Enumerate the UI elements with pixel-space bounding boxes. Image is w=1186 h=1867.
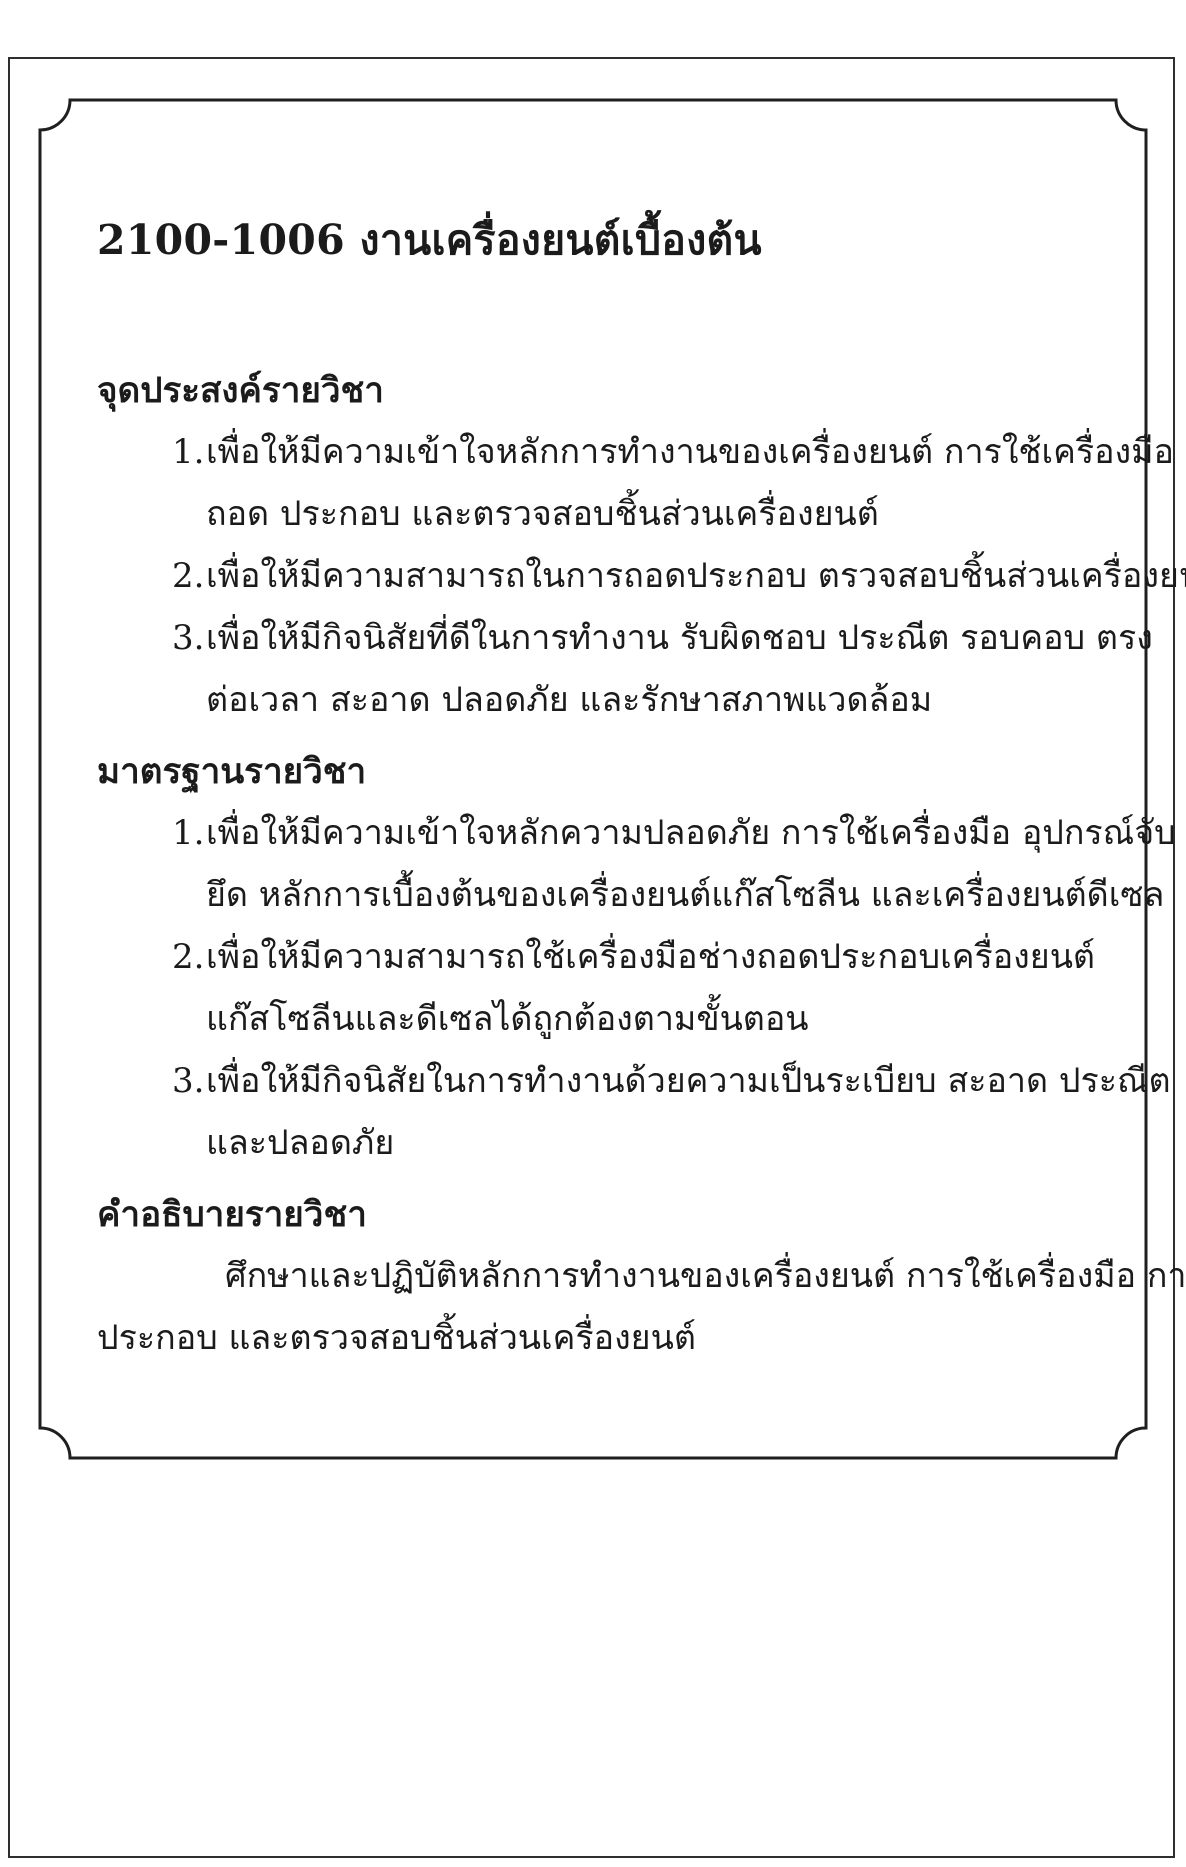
item-line: และปลอดภัย bbox=[206, 1112, 1171, 1174]
section-course-objectives: จุดประสงค์รายวิชา 1. เพื่อให้มีความเข้าใ… bbox=[97, 366, 1115, 731]
item-text: เพื่อให้มีความเข้าใจหลักการทำงานของเครื่… bbox=[206, 421, 1174, 545]
list-item: 1. เพื่อให้มีความเข้าใจหลักการทำงานของเค… bbox=[97, 421, 1115, 545]
item-line: เพื่อให้มีความเข้าใจหลักการทำงานของเครื่… bbox=[206, 421, 1174, 483]
item-text: เพื่อให้มีความเข้าใจหลักความปลอดภัย การใ… bbox=[206, 802, 1176, 926]
item-line: แก๊สโซลีนและดีเซลได้ถูกต้องตามขั้นตอน bbox=[206, 988, 1115, 1050]
section-heading-description: คำอธิบายรายวิชา bbox=[97, 1190, 1115, 1239]
section-course-description: คำอธิบายรายวิชา ศึกษาและปฏิบัติหลักการทำ… bbox=[97, 1190, 1115, 1369]
list-item: 3. เพื่อให้มีกิจนิสัยในการทำงานด้วยความเ… bbox=[97, 1050, 1115, 1174]
item-text: เพื่อให้มีกิจนิสัยในการทำงานด้วยความเป็น… bbox=[206, 1050, 1171, 1174]
objectives-list: 1. เพื่อให้มีความเข้าใจหลักการทำงานของเค… bbox=[97, 421, 1115, 731]
section-heading-objectives: จุดประสงค์รายวิชา bbox=[97, 366, 1115, 415]
item-number: 3. bbox=[172, 1050, 206, 1112]
description-paragraph: ศึกษาและปฏิบัติหลักการทำงานของเครื่องยนต… bbox=[97, 1245, 1115, 1369]
list-item: 2. เพื่อให้มีความสามารถใช้เครื่องมือช่าง… bbox=[97, 926, 1115, 1050]
item-line: ยึด หลักการเบื้องต้นของเครื่องยนต์แก๊สโซ… bbox=[206, 864, 1176, 926]
section-course-standards: มาตรฐานรายวิชา 1. เพื่อให้มีความเข้าใจหล… bbox=[97, 747, 1115, 1174]
item-line: เพื่อให้มีความเข้าใจหลักความปลอดภัย การใ… bbox=[206, 802, 1176, 864]
item-line: ถอด ประกอบ และตรวจสอบชิ้นส่วนเครื่องยนต์ bbox=[206, 483, 1174, 545]
item-number: 1. bbox=[172, 421, 206, 483]
item-line: เพื่อให้มีกิจนิสัยในการทำงานด้วยความเป็น… bbox=[206, 1050, 1171, 1112]
standards-list: 1. เพื่อให้มีความเข้าใจหลักความปลอดภัย ก… bbox=[97, 802, 1115, 1174]
item-number: 2. bbox=[172, 926, 206, 988]
item-line: เพื่อให้มีกิจนิสัยที่ดีในการทำงาน รับผิด… bbox=[206, 607, 1153, 669]
list-item: 3. เพื่อให้มีกิจนิสัยที่ดีในการทำงาน รับ… bbox=[97, 607, 1115, 731]
page-content: 2100-1006 งานเครื่องยนต์เบื้องต้น จุดประ… bbox=[97, 0, 1115, 1369]
paragraph-line: ศึกษาและปฏิบัติหลักการทำงานของเครื่องยนต… bbox=[97, 1245, 1115, 1307]
item-line: เพื่อให้มีความสามารถใช้เครื่องมือช่างถอด… bbox=[206, 926, 1115, 988]
document-page: 2100-1006 งานเครื่องยนต์เบื้องต้น จุดประ… bbox=[0, 0, 1186, 1867]
course-title: 2100-1006 งานเครื่องยนต์เบื้องต้น bbox=[97, 213, 1115, 268]
item-number: 1. bbox=[172, 802, 206, 864]
item-text: เพื่อให้มีกิจนิสัยที่ดีในการทำงาน รับผิด… bbox=[206, 607, 1153, 731]
item-text: เพื่อให้มีความสามารถใช้เครื่องมือช่างถอด… bbox=[206, 926, 1115, 1050]
item-line: เพื่อให้มีความสามารถในการถอดประกอบ ตรวจส… bbox=[206, 545, 1186, 607]
list-item: 2. เพื่อให้มีความสามารถในการถอดประกอบ ตร… bbox=[97, 545, 1115, 607]
item-line: ต่อเวลา สะอาด ปลอดภัย และรักษาสภาพแวดล้อ… bbox=[206, 669, 1153, 731]
item-number: 2. bbox=[172, 545, 206, 607]
item-text: เพื่อให้มีความสามารถในการถอดประกอบ ตรวจส… bbox=[206, 545, 1186, 607]
section-heading-standards: มาตรฐานรายวิชา bbox=[97, 747, 1115, 796]
paragraph-line: ประกอบ และตรวจสอบชิ้นส่วนเครื่องยนต์ bbox=[97, 1307, 1115, 1369]
item-number: 3. bbox=[172, 607, 206, 669]
list-item: 1. เพื่อให้มีความเข้าใจหลักความปลอดภัย ก… bbox=[97, 802, 1115, 926]
